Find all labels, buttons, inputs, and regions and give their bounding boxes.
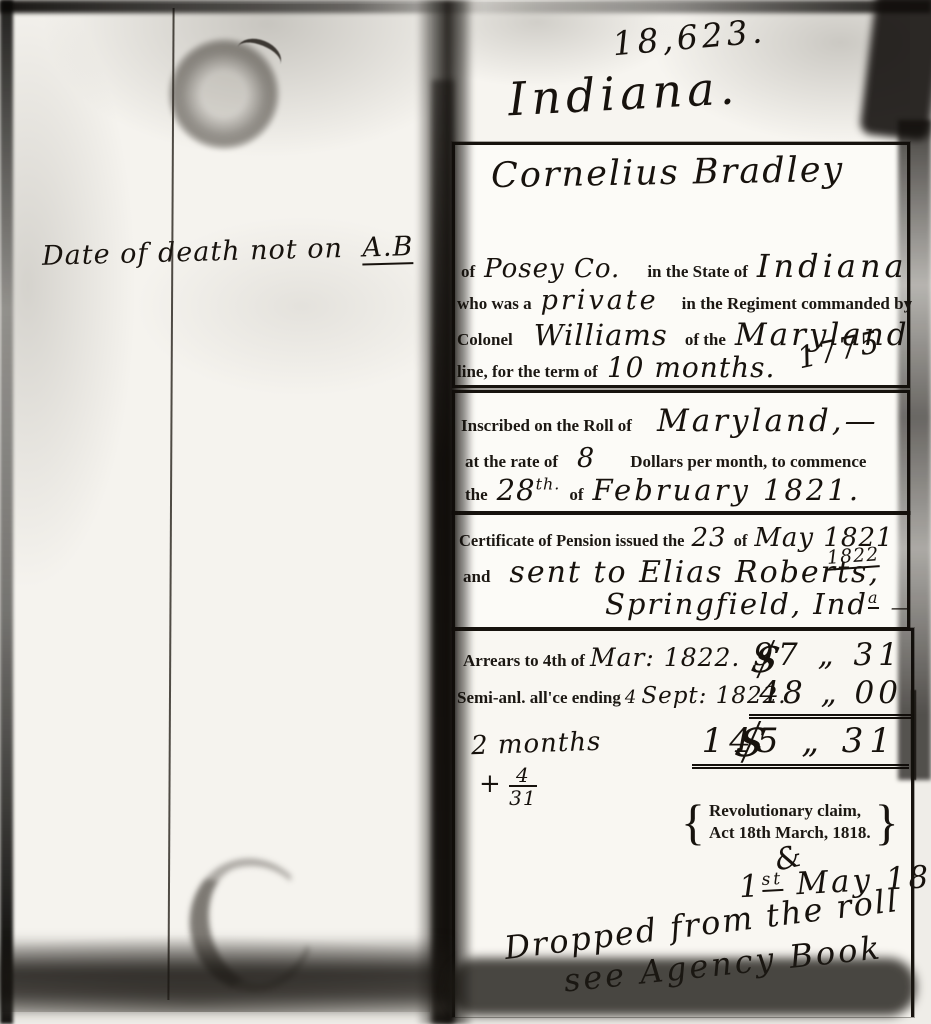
arrears-date: Mar: 1822. (590, 643, 740, 672)
pension-ledger-scan: Date of death not on A.B 18,623. Indiana… (0, 0, 931, 1024)
of-label: of (461, 262, 475, 282)
of-the-label: of the (685, 330, 726, 350)
issued-day: 23 (691, 523, 726, 553)
roll-state-value: Maryland,— (657, 403, 879, 439)
service-record-box: Cornelius Bradley of Posey Co. in the St… (452, 142, 910, 388)
inscribed-line: Inscribed on the Roll of Maryland,— (461, 403, 879, 439)
fraction: 4 31 (509, 765, 536, 808)
claim-act-line1: Revolutionary claim, (709, 800, 871, 822)
rate-label: at the rate of (465, 452, 558, 472)
fraction-denominator: 31 (509, 785, 536, 808)
address-sup: a (868, 588, 880, 609)
regiment-label: in the Regiment commanded by (682, 294, 912, 314)
commence-day: 28th. (497, 473, 561, 507)
rank-value: private (541, 285, 659, 316)
term-value: 10 months. (607, 351, 776, 384)
colonel-label: Colonel (457, 330, 513, 350)
commence-day-num: 28 (497, 473, 536, 507)
fraction-note: + 4 31 (479, 765, 537, 808)
total-amount: 145 „ 31 (692, 721, 909, 769)
residence-line: of Posey Co. in the State of Indiana (461, 247, 908, 285)
state-label: in the State of (647, 262, 748, 282)
issued-of-label: of (734, 531, 748, 551)
arrears-line: Arrears to 4th of Mar: 1822. (463, 643, 740, 672)
left-page: Date of death not on A.B (2, 4, 430, 1012)
rank-line: who was a private in the Regiment comman… (457, 285, 912, 316)
address-line: Springfield, Inda — (605, 587, 913, 621)
brace-open: { (681, 793, 705, 851)
the-label: the (465, 485, 488, 505)
commence-of-label: of (569, 485, 583, 505)
and-label: and (463, 567, 490, 587)
sent-line: and sent to Elias Roberts, (463, 555, 880, 590)
arrears-amount: 97 „ 31 (753, 637, 903, 673)
issued-label: Certificate of Pension issued the (459, 531, 684, 551)
months-note: 2 months (471, 727, 602, 762)
stopped-date-sup: st (761, 869, 784, 892)
rate-line: at the rate of 8 Dollars per month, to c… (465, 443, 866, 474)
death-note-ref: A.B (362, 231, 414, 265)
semi-annual-line: Semi-anl. all'ce ending 4 Sept: 1822. (457, 683, 787, 709)
accounting-box: Arrears to 4th of Mar: 1822. $ 97 „ 31 S… (452, 628, 914, 1017)
address-dash: — (891, 595, 913, 619)
brace-close: } (875, 793, 899, 851)
certificate-box: Certificate of Pension issued the 23 of … (452, 512, 910, 630)
pensioner-name: Cornelius Bradley (491, 150, 845, 196)
plus-sign: + (479, 769, 502, 799)
death-note: Date of death not on A.B (42, 231, 414, 272)
roll-box: Inscribed on the Roll of Maryland,— at t… (452, 390, 910, 514)
inscribed-label: Inscribed on the Roll of (461, 416, 632, 436)
semi-label: Semi-anl. all'ce ending (457, 688, 621, 708)
commence-date: February 1821. (593, 473, 862, 507)
colonel-value: Williams (534, 318, 668, 352)
county-value: Posey Co. (484, 254, 620, 284)
fraction-numerator: 4 (516, 765, 530, 785)
arrears-label: Arrears to 4th of (463, 651, 585, 671)
who-label: who was a (457, 294, 532, 314)
death-note-text: Date of death not on (42, 233, 344, 272)
commence-day-sup: th. (536, 474, 561, 493)
rate-value: 8 (577, 443, 595, 474)
semi-insert: 4 (625, 687, 637, 708)
term-label: line, for the term of (457, 362, 598, 382)
sent-to-value: sent to Elias Roberts, (509, 555, 880, 590)
address-value: Springfield, Ind (605, 587, 868, 621)
rate-label2: Dollars per month, to commence (630, 452, 866, 472)
term-line: line, for the term of 10 months. (457, 351, 775, 384)
state-value: Indiana (757, 247, 908, 285)
commence-line: the 28th. of February 1821. (465, 473, 861, 507)
